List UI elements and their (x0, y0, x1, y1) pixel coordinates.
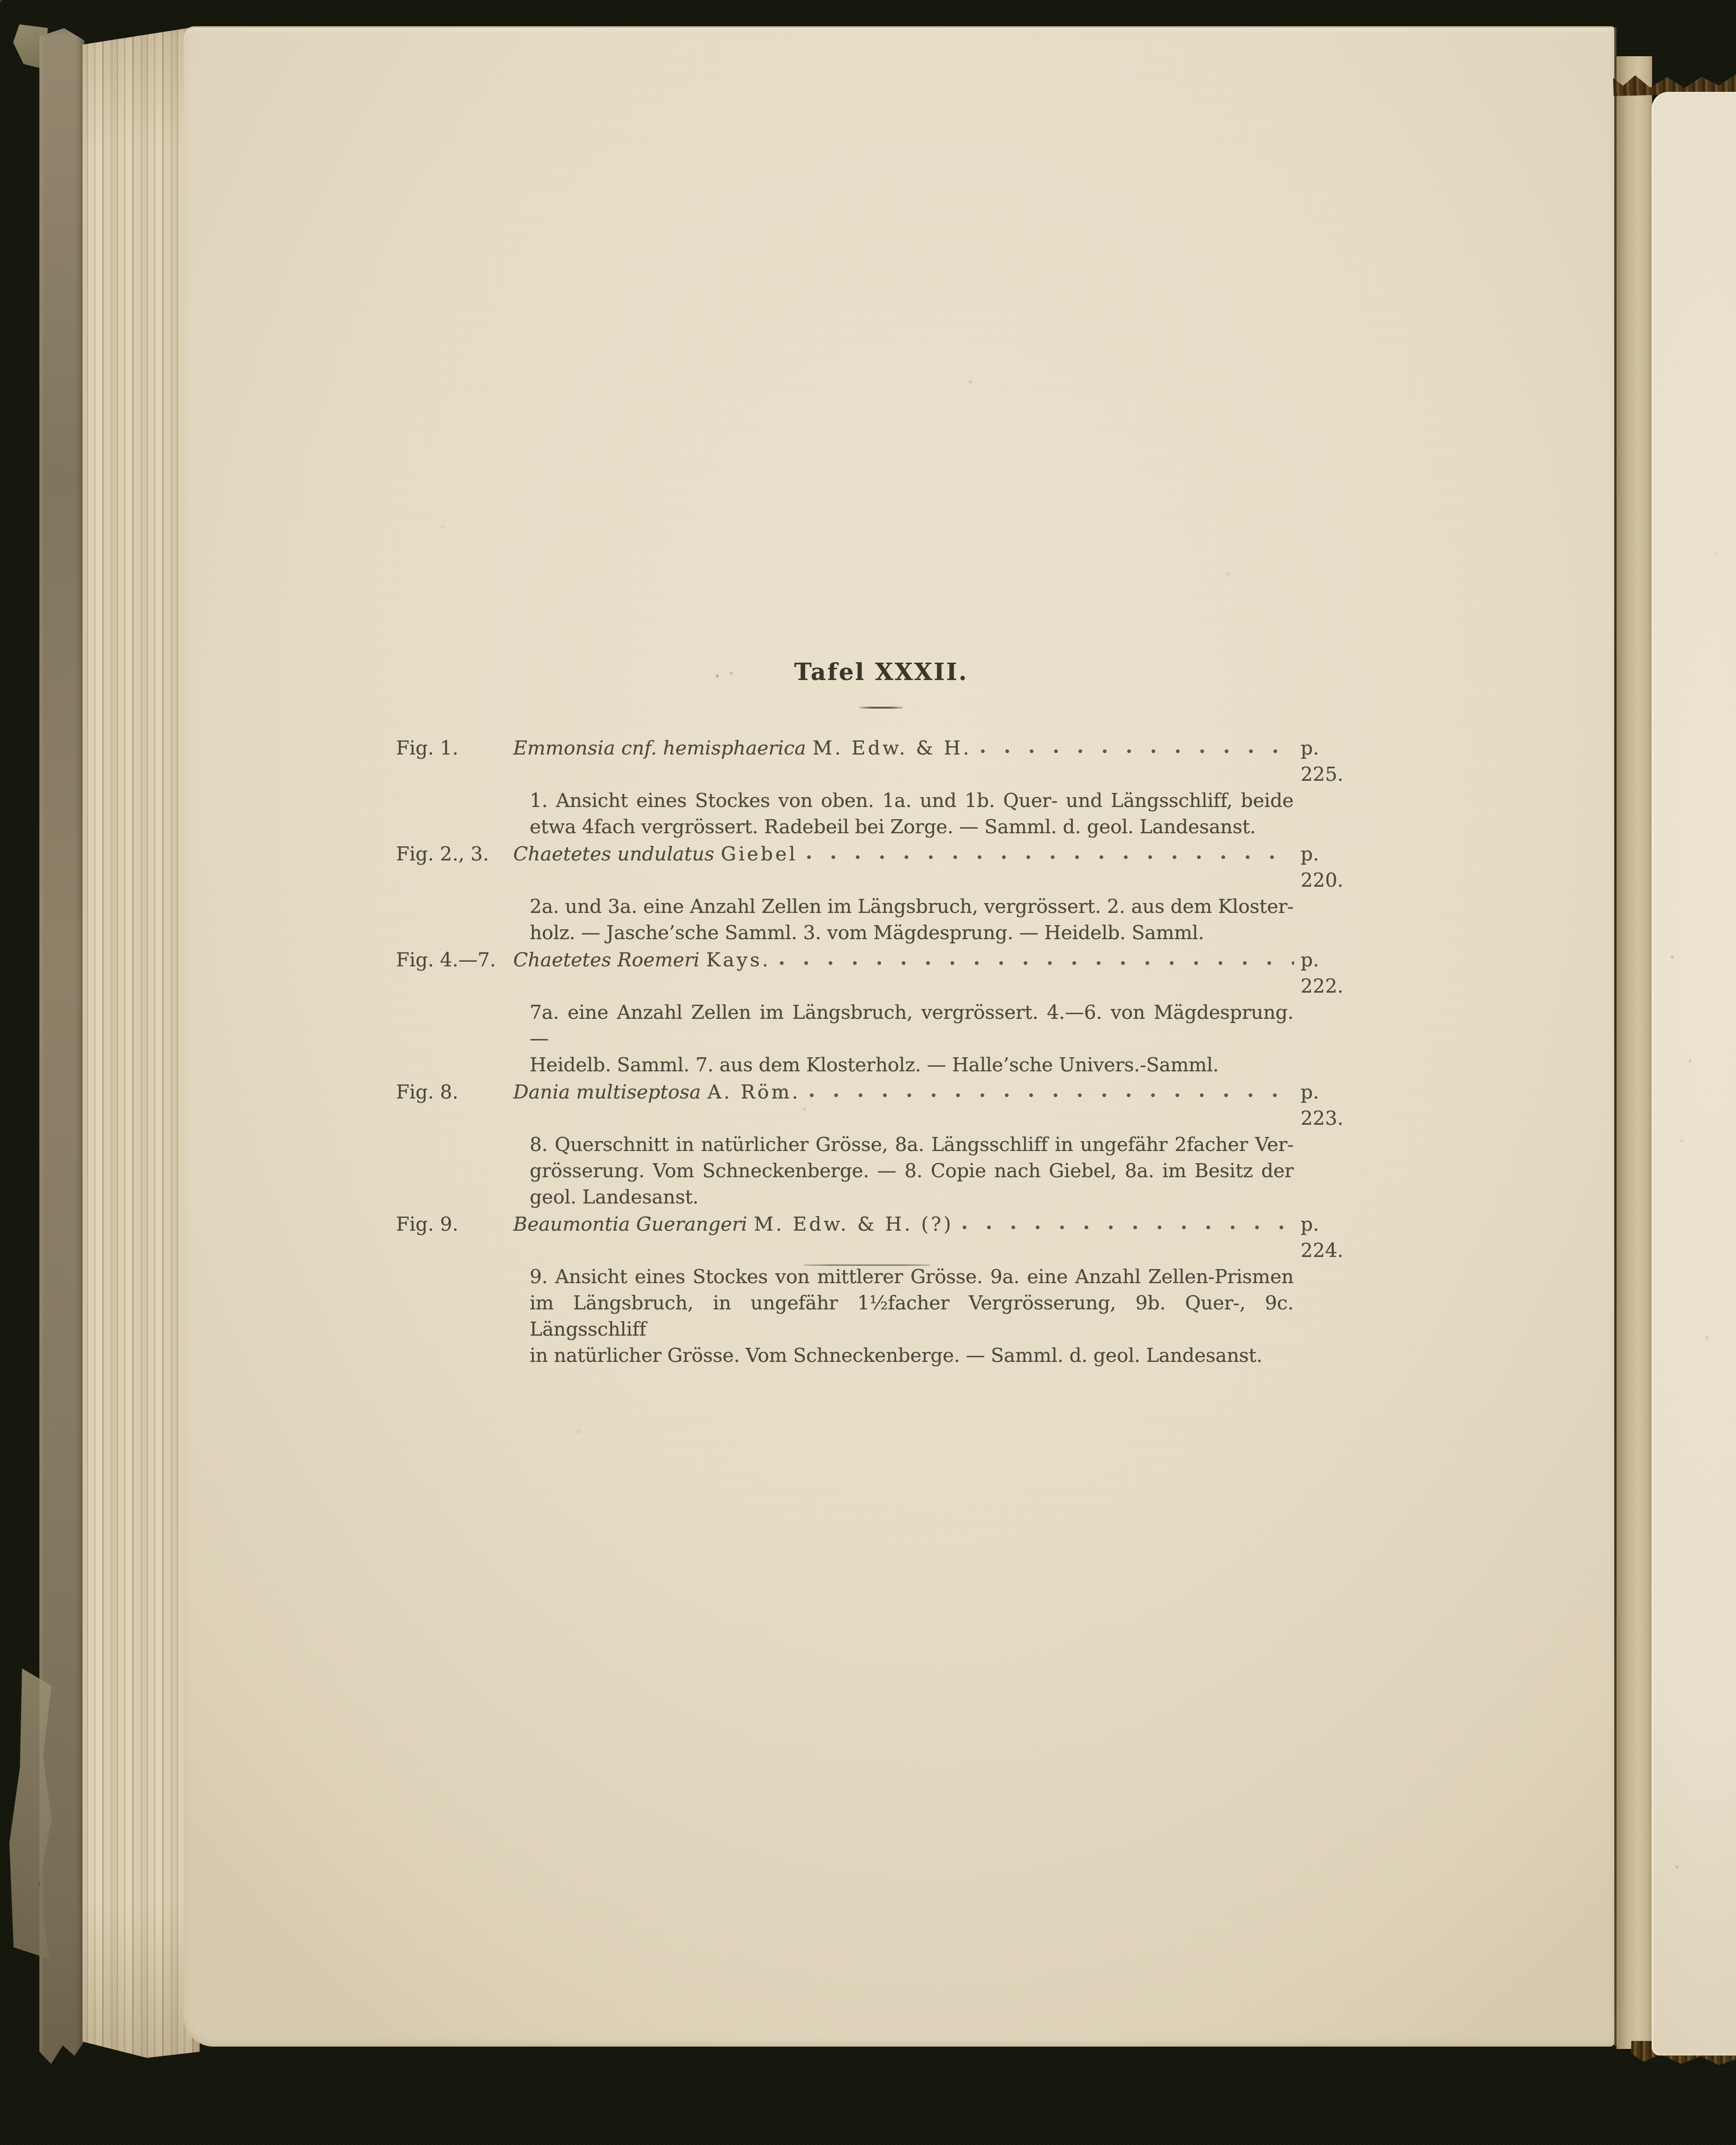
next-page-edge (1652, 92, 1736, 2055)
description-line: etwa 4fach vergrössert. Radebeil bei Zor… (530, 814, 1294, 840)
dot-leader (810, 1092, 1294, 1099)
page-ref: p. 223. (1301, 1079, 1366, 1131)
dot-leader (981, 748, 1294, 755)
page-stack-fore-edge (82, 26, 200, 2064)
description-line: 9. Ansicht eines Stockes von mittlerer G… (530, 1263, 1294, 1290)
species-author: A. Röm. (708, 1081, 801, 1103)
page-ref: p. 224. (1301, 1211, 1366, 1263)
page-ref: p. 222. (1301, 947, 1366, 999)
page-ref: p. 225. (1301, 735, 1366, 787)
species-author: M. Edw. & H. (813, 737, 972, 759)
figure-description: 8. Querschnitt in natürlicher Grösse, 8a… (530, 1131, 1294, 1210)
plate-title-block: Tafel XXXII. (396, 658, 1366, 710)
dot-leader (807, 854, 1294, 860)
species-author: M. Edw. & H. (?) (754, 1213, 953, 1235)
title-ornament-rule (860, 707, 903, 709)
species-name: Emmonsia cnf. hemisphaerica (513, 737, 806, 759)
gutter-shadow (1616, 56, 1652, 2049)
figure-entry-head: Fig. 8. Dania multiseptosaA. Röm. p. 223… (396, 1079, 1366, 1131)
page-stain (0, 0, 2, 2)
figure-entry: Fig. 2., 3. Chaetetes undulatusGiebel p.… (396, 841, 1366, 946)
scanned-book-photo: Tafel XXXII. Fig. 1. Emmonsia cnf. hemis… (0, 0, 1736, 2145)
description-line: holz. — Jasche’sche Samml. 3. vom Mägdes… (530, 919, 1294, 946)
species-name: Chaetetes undulatus (513, 843, 714, 865)
species-title: Chaetetes RoemeriKays. (513, 947, 771, 973)
description-line: 8. Querschnitt in natürlicher Grösse, 8a… (530, 1131, 1294, 1158)
figure-label: Fig. 8. (396, 1079, 513, 1105)
species-name: Chaetetes Roemeri (513, 949, 700, 971)
description-line: in natürlicher Grösse. Vom Schneckenberg… (530, 1342, 1294, 1368)
figure-entry-head: Fig. 4.—7. Chaetetes RoemeriKays. p. 222… (396, 947, 1366, 999)
figure-entry: Fig. 1. Emmonsia cnf. hemisphaericaM. Ed… (396, 735, 1366, 840)
figure-entry: Fig. 8. Dania multiseptosaA. Röm. p. 223… (396, 1079, 1366, 1210)
page-ref: p. 220. (1301, 841, 1366, 893)
figure-label: Fig. 1. (396, 735, 513, 761)
description-line: Heidelb. Samml. 7. aus dem Klosterholz. … (530, 1052, 1294, 1078)
species-author: Giebel (721, 843, 798, 865)
description-line: 2a. und 3a. eine Anzahl Zellen im Längsb… (530, 893, 1294, 919)
figure-list: Fig. 1. Emmonsia cnf. hemisphaericaM. Ed… (396, 735, 1366, 1368)
figure-description: 9. Ansicht eines Stockes von mittlerer G… (530, 1263, 1294, 1368)
figure-entry: Fig. 4.—7. Chaetetes RoemeriKays. p. 222… (396, 947, 1366, 1078)
figure-entry-head: Fig. 2., 3. Chaetetes undulatusGiebel p.… (396, 841, 1366, 893)
figure-label: Fig. 9. (396, 1211, 513, 1237)
figure-label: Fig. 2., 3. (396, 841, 513, 867)
book-cover-spine-edge (39, 28, 84, 2085)
figure-entry-head: Fig. 1. Emmonsia cnf. hemisphaericaM. Ed… (396, 735, 1366, 787)
dot-leader (780, 960, 1294, 966)
end-divider-rule (804, 1264, 930, 1266)
species-name: Dania multiseptosa (513, 1081, 701, 1103)
figure-label: Fig. 4.—7. (396, 947, 513, 973)
figure-entry-head: Fig. 9. Beaumontia GuerangeriM. Edw. & H… (396, 1211, 1366, 1263)
species-title: Chaetetes undulatusGiebel (513, 841, 798, 867)
description-line: im Längsbruch, in ungefähr 1½facher Verg… (530, 1290, 1294, 1342)
species-name: Beaumontia Guerangeri (513, 1213, 747, 1235)
figure-description: 1. Ansicht eines Stockes von oben. 1a. u… (530, 787, 1294, 840)
description-line: 1. Ansicht eines Stockes von oben. 1a. u… (530, 787, 1294, 814)
figure-description: 2a. und 3a. eine Anzahl Zellen im Längsb… (530, 893, 1294, 946)
description-line: geol. Landesanst. (530, 1184, 1294, 1210)
species-title: Emmonsia cnf. hemisphaericaM. Edw. & H. (513, 735, 972, 761)
figure-entry: Fig. 9. Beaumontia GuerangeriM. Edw. & H… (396, 1211, 1366, 1368)
description-line: 7a. eine Anzahl Zellen im Längsbruch, ve… (530, 999, 1294, 1052)
species-author: Kays. (706, 949, 771, 971)
species-title: Beaumontia GuerangeriM. Edw. & H. (?) (513, 1211, 953, 1237)
figure-description: 7a. eine Anzahl Zellen im Längsbruch, ve… (530, 999, 1294, 1078)
species-title: Dania multiseptosaA. Röm. (513, 1079, 801, 1105)
description-line: grösserung. Vom Schneckenberge. — 8. Cop… (530, 1158, 1294, 1184)
dot-leader (963, 1224, 1294, 1231)
page-title: Tafel XXXII. (396, 658, 1366, 686)
